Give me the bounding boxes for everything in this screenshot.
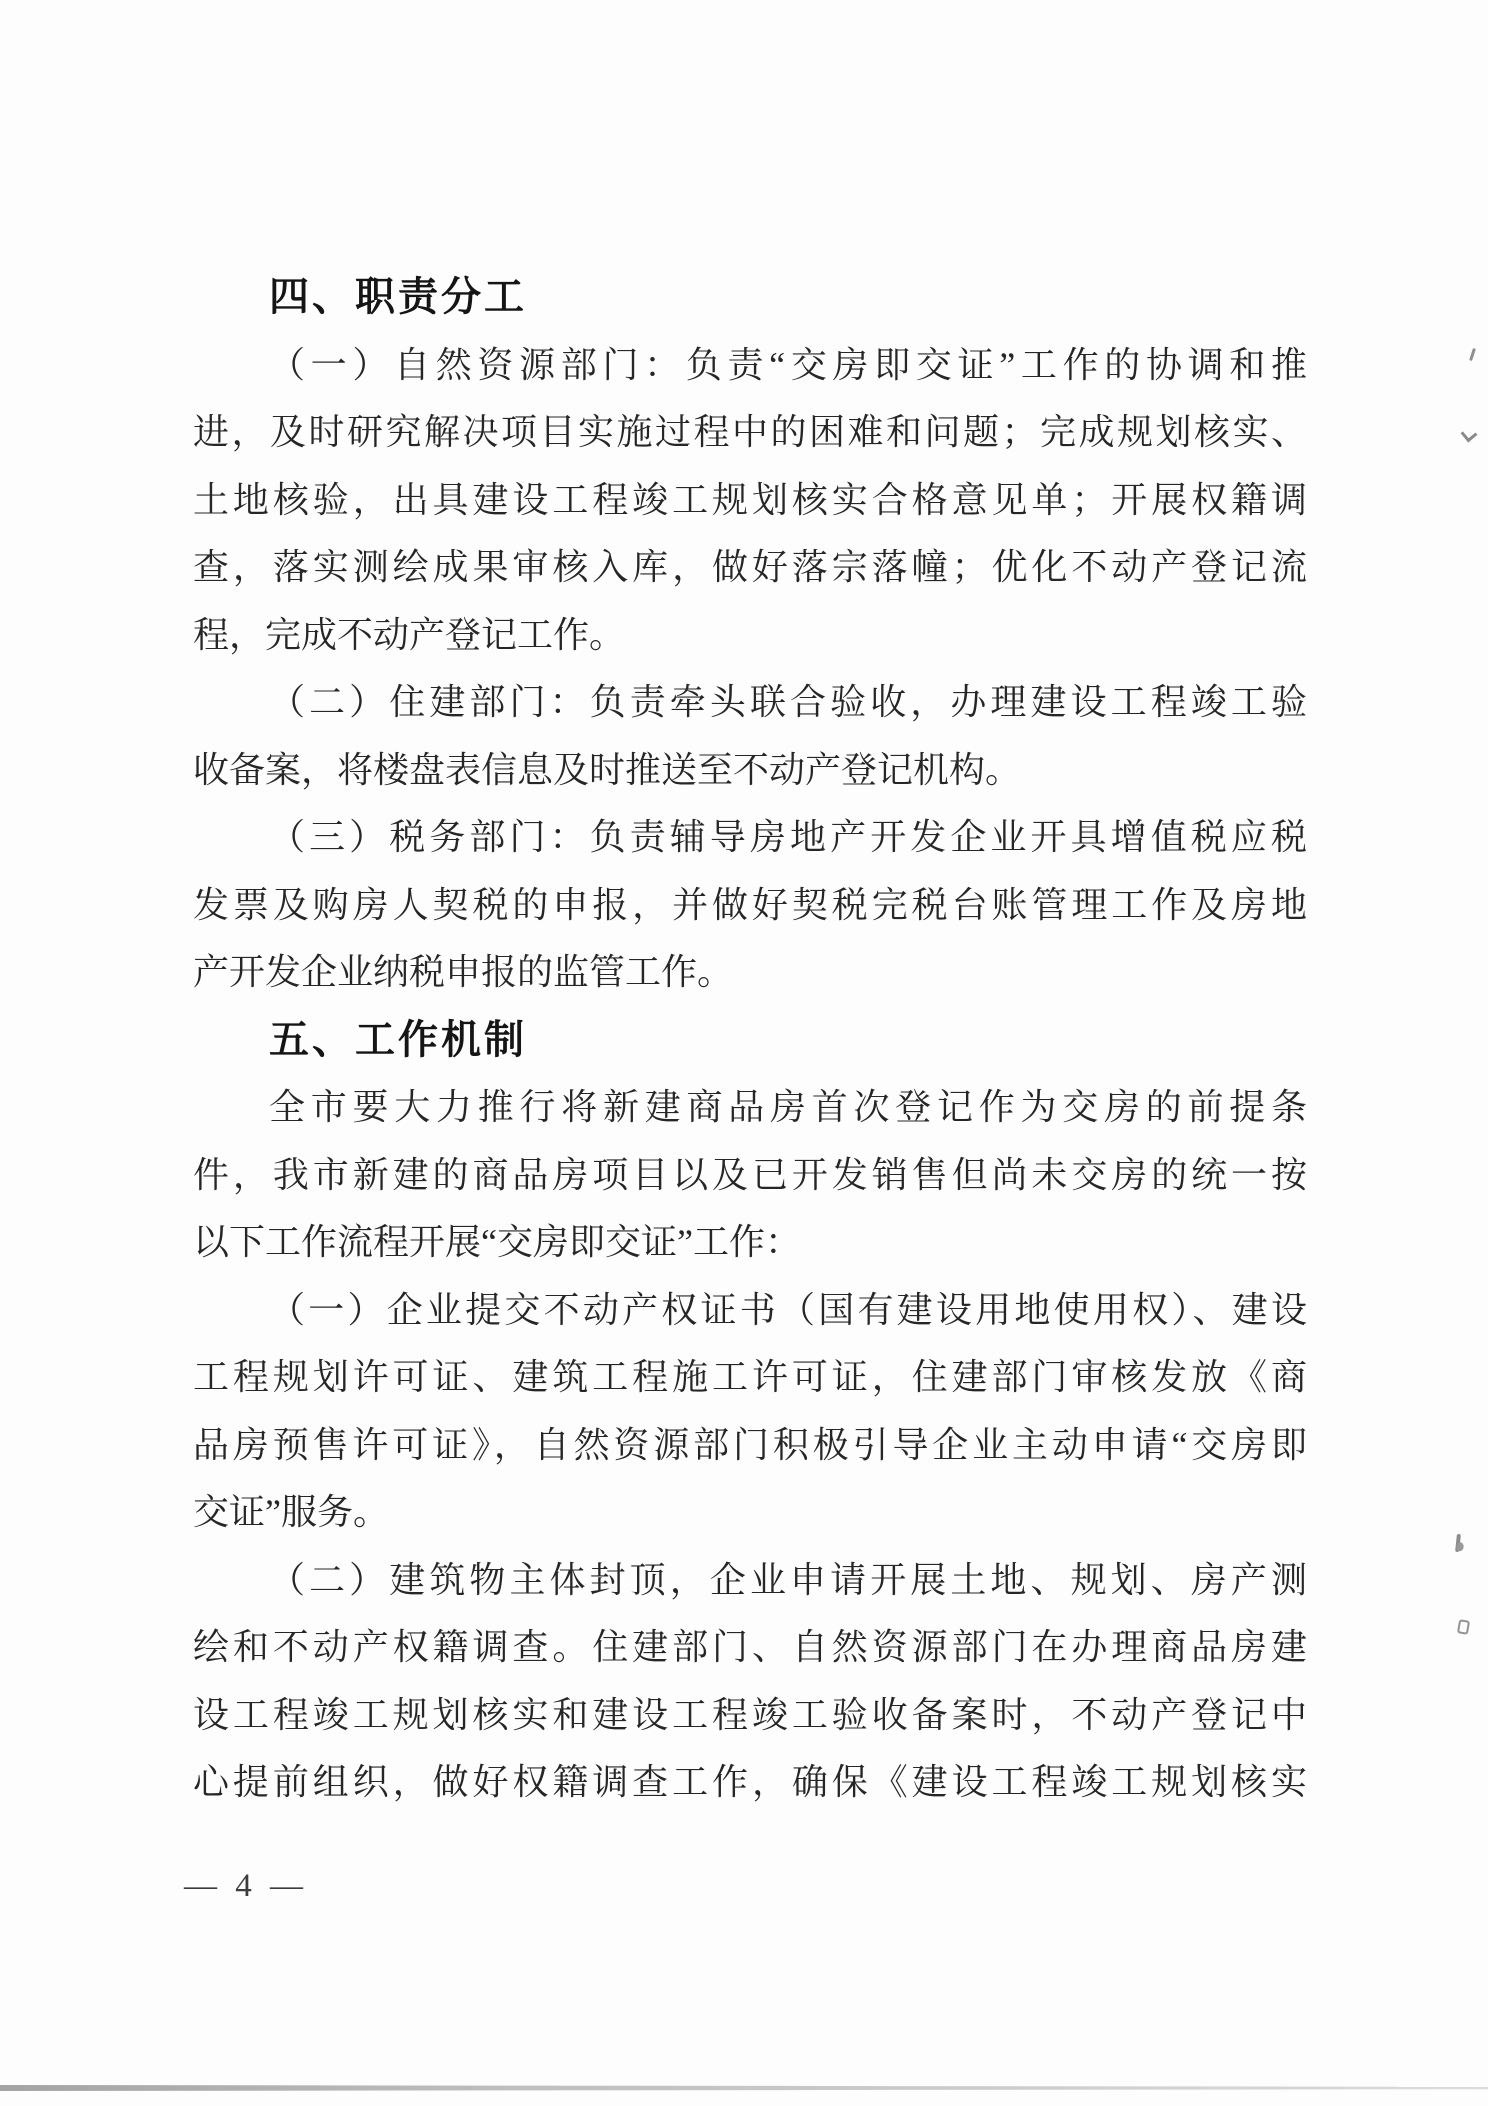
text-line: 交证”服务。 — [193, 1479, 1307, 1547]
scan-speckle — [1461, 426, 1478, 443]
text-line: 发票及购房人契税的申报，并做好契税完税台账管理工作及房地 — [193, 872, 1307, 940]
section-heading-duties: 四、职责分工 — [193, 264, 1307, 332]
text-line: 土地核验，出具建设工程竣工规划核实合格意见单；开展权籍调 — [193, 467, 1307, 535]
paragraph-natural-resources: （一）自然资源部门：负责“交房即交证”工作的协调和推 进，及时研究解决项目实施过… — [193, 332, 1307, 670]
text-line: 件，我市新建的商品房项目以及已开发销售但尚未交房的统一按 — [193, 1142, 1307, 1210]
text-line: 产开发企业纳税申报的监管工作。 — [193, 939, 1307, 1007]
text-line: 以下工作流程开展“交房即交证”工作： — [193, 1209, 1307, 1277]
text-line: （一）企业提交不动产权证书（国有建设用地使用权）、建设 — [193, 1277, 1307, 1345]
paragraph-step-one: （一）企业提交不动产权证书（国有建设用地使用权）、建设 工程规划许可证、建筑工程… — [193, 1277, 1307, 1547]
text-line: 收备案，将楼盘表信息及时推送至不动产登记机构。 — [193, 737, 1307, 805]
text-line: 设工程竣工规划核实和建设工程竣工验收备案时，不动产登记中 — [193, 1682, 1307, 1750]
text-line: （一）自然资源部门：负责“交房即交证”工作的协调和推 — [193, 332, 1307, 400]
text-line: （三）税务部门：负责辅导房地产开发企业开具增值税应税 — [193, 804, 1307, 872]
text-line: 绘和不动产权籍调查。住建部门、自然资源部门在办理商品房建 — [193, 1614, 1307, 1682]
document-page: 四、职责分工 （一）自然资源部门：负责“交房即交证”工作的协调和推 进，及时研究… — [0, 0, 1488, 2106]
paragraph-citywide-policy: 全市要大力推行将新建商品房首次登记作为交房的前提条 件，我市新建的商品房项目以及… — [193, 1074, 1307, 1277]
paragraph-tax-dept: （三）税务部门：负责辅导房地产开发企业开具增值税应税 发票及购房人契税的申报，并… — [193, 804, 1307, 1007]
text-line: 进，及时研究解决项目实施过程中的困难和问题；完成规划核实、 — [193, 399, 1307, 467]
scan-speckle — [1457, 1619, 1470, 1635]
page-number: — 4 — — [184, 1866, 308, 1906]
scan-edge-line — [0, 2085, 1488, 2091]
scan-speckle — [1469, 348, 1476, 361]
text-line: 工程规划许可证、建筑工程施工许可证，住建部门审核发放《商 — [193, 1344, 1307, 1412]
text-line: 全市要大力推行将新建商品房首次登记作为交房的前提条 — [193, 1074, 1307, 1142]
scan-speckle — [1455, 1534, 1461, 1552]
text-line: 心提前组织，做好权籍调查工作，确保《建设工程竣工规划核实 — [193, 1749, 1307, 1817]
section-heading-mechanism: 五、工作机制 — [193, 1007, 1307, 1075]
text-line: （二）建筑物主体封顶，企业申请开展土地、规划、房产测 — [193, 1547, 1307, 1615]
paragraph-housing-dept: （二）住建部门：负责牵头联合验收，办理建设工程竣工验 收备案，将楼盘表信息及时推… — [193, 669, 1307, 804]
text-line: 查，落实测绘成果审核入库，做好落宗落幢；优化不动产登记流 — [193, 534, 1307, 602]
document-body: 四、职责分工 （一）自然资源部门：负责“交房即交证”工作的协调和推 进，及时研究… — [193, 264, 1307, 1817]
text-line: 程，完成不动产登记工作。 — [193, 602, 1307, 670]
text-line: 品房预售许可证》，自然资源部门积极引导企业主动申请“交房即 — [193, 1412, 1307, 1480]
paragraph-step-two: （二）建筑物主体封顶，企业申请开展土地、规划、房产测 绘和不动产权籍调查。住建部… — [193, 1547, 1307, 1817]
text-line: （二）住建部门：负责牵头联合验收，办理建设工程竣工验 — [193, 669, 1307, 737]
